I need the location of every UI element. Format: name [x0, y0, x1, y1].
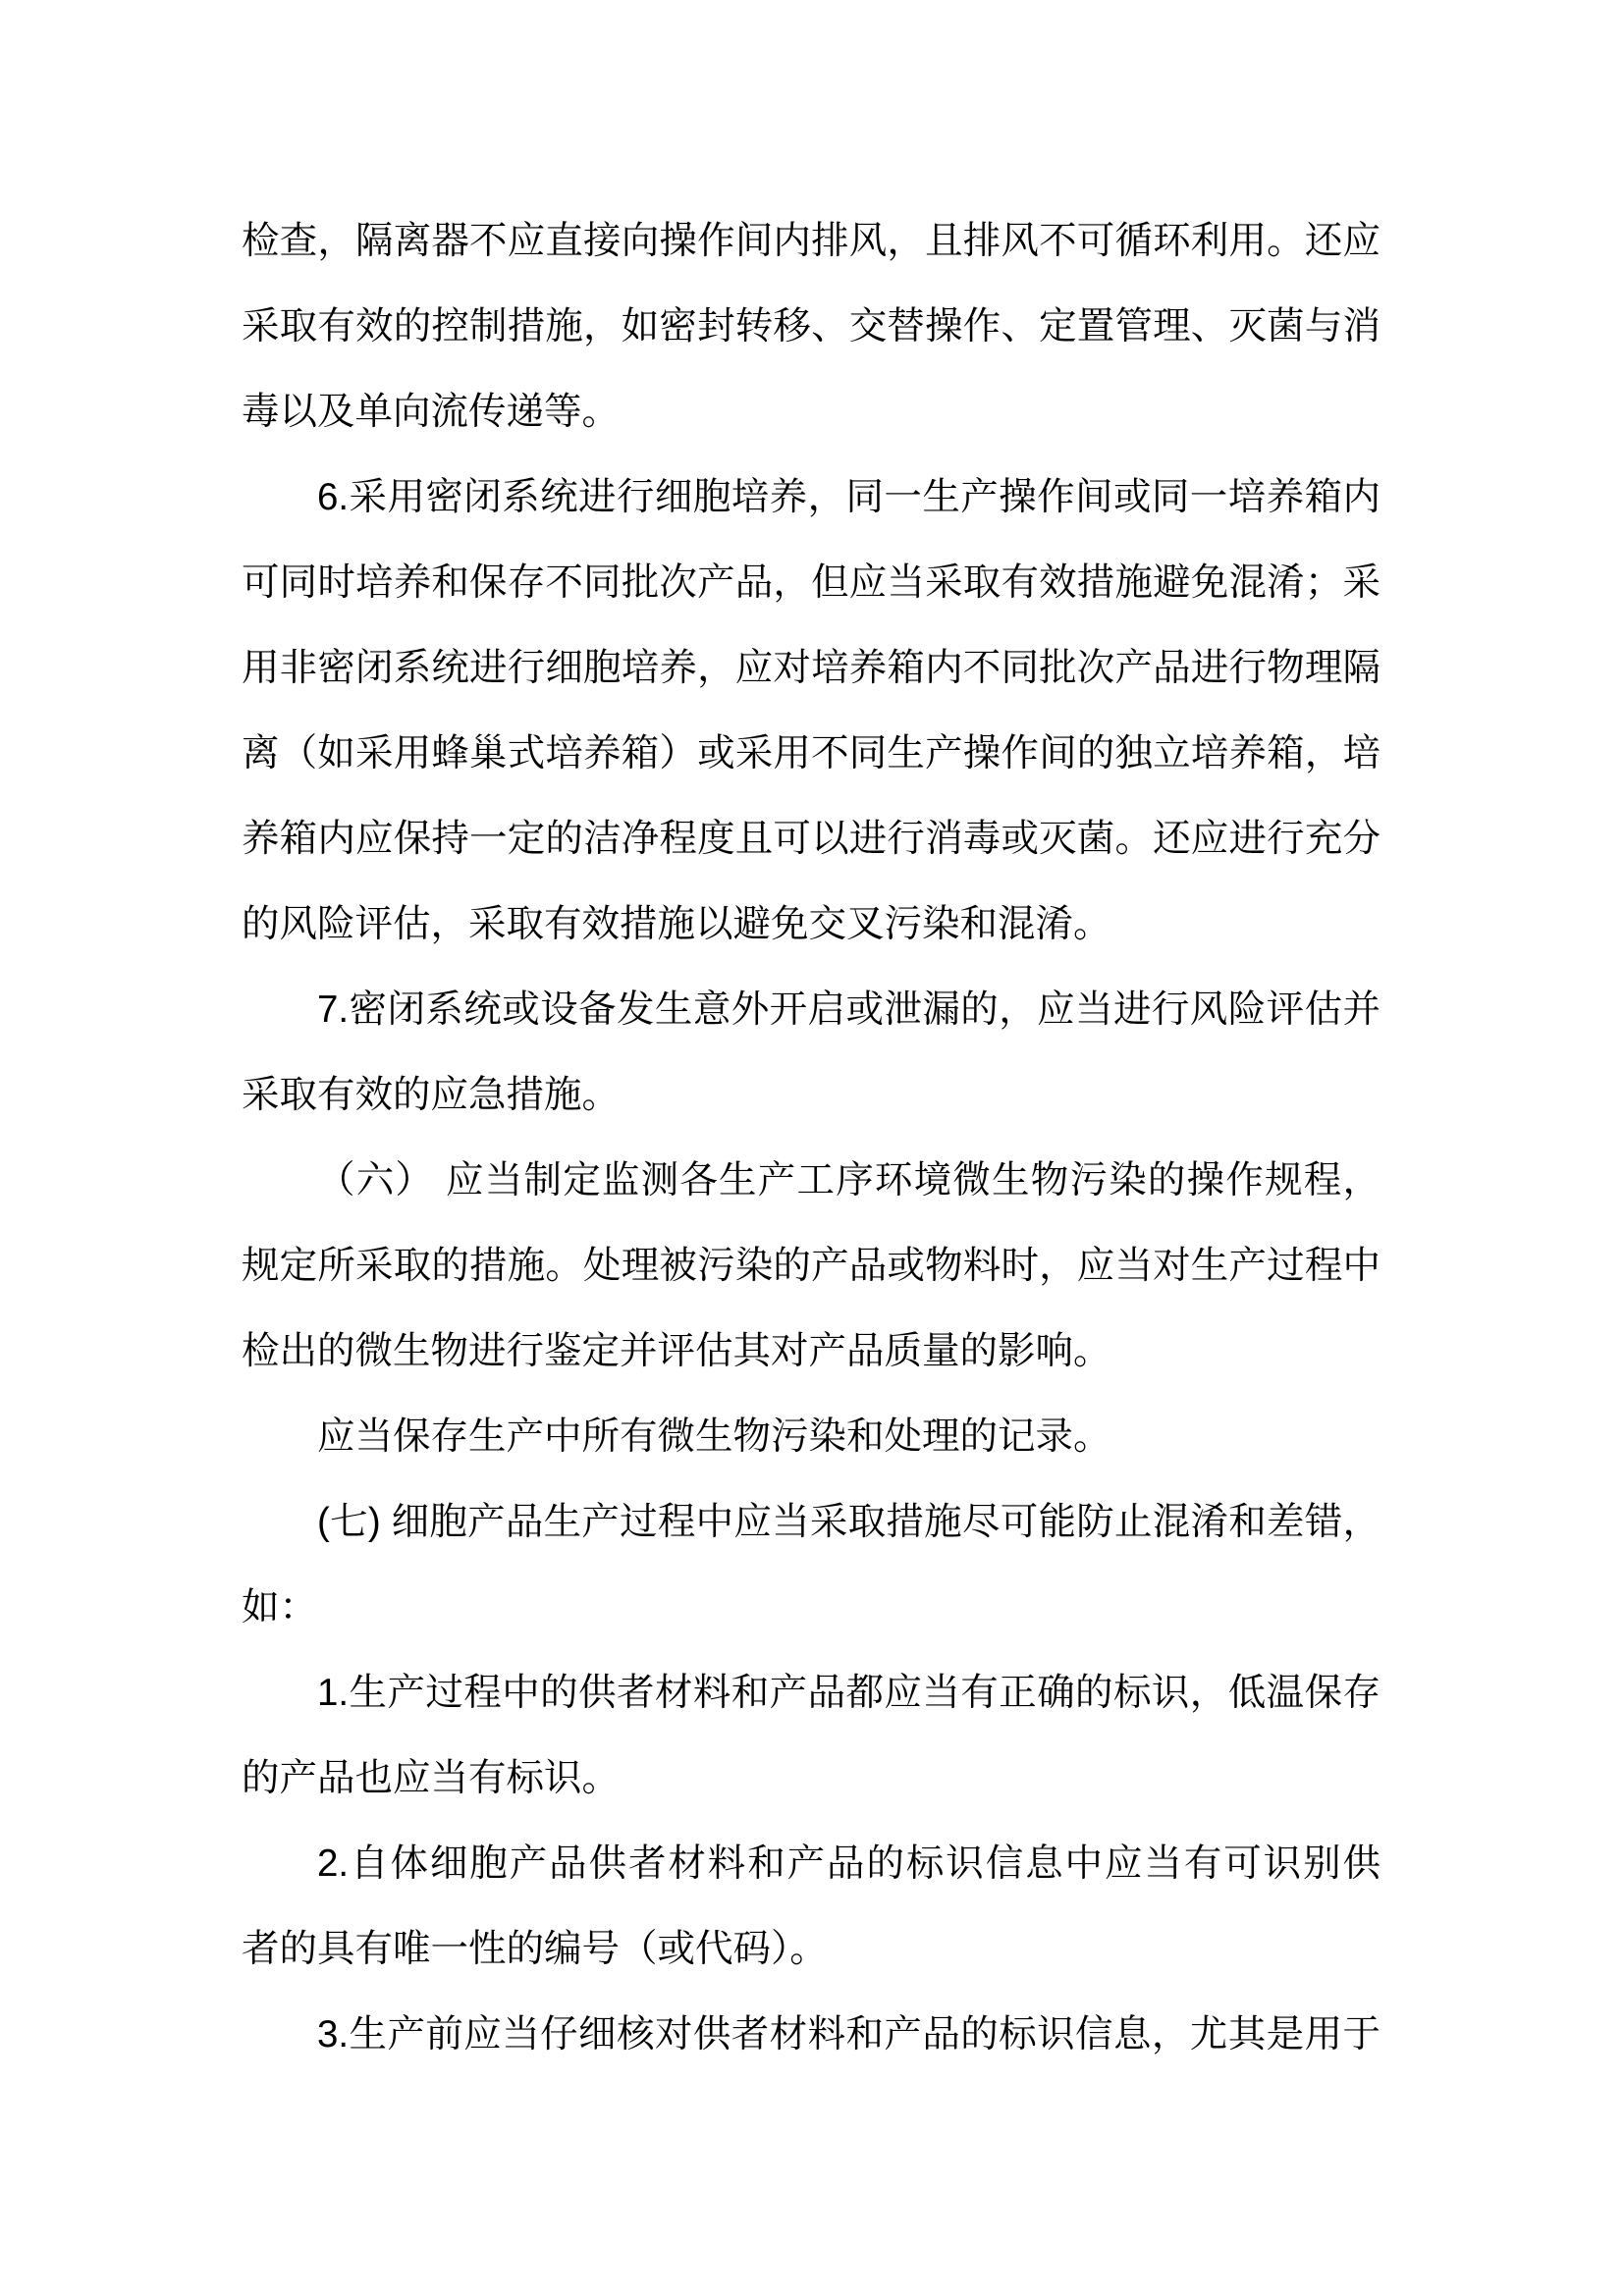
text-line: 6.采用密闭系统进行细胞培养，同一生产操作间或同一培养箱内: [242, 454, 1380, 540]
text-line: （六） 应当制定监测各生产工序环境微生物污染的操作规程，并: [242, 1138, 1380, 1223]
text-line: 2.自体细胞产品供者材料和产品的标识信息中应当有可识别供: [242, 1821, 1380, 1906]
text-line: 检出的微生物进行鉴定并评估其对产品质量的影响。: [242, 1308, 1380, 1394]
text-line: 可同时培养和保存不同批次产品，但应当采取有效措施避免混淆；采: [242, 540, 1380, 625]
text-line: 应当保存生产中所有微生物污染和处理的记录。: [242, 1394, 1380, 1479]
text-line: 用非密闭系统进行细胞培养，应对培养箱内不同批次产品进行物理隔: [242, 625, 1380, 711]
text-line: 1.生产过程中的供者材料和产品都应当有正确的标识，低温保存: [242, 1650, 1380, 1735]
document-page: 检查，隔离器不应直接向操作间内排风，且排风不可循环利用。还应 采取有效的控制措施…: [0, 0, 1624, 2296]
text-line: 3.生产前应当仔细核对供者材料和产品的标识信息，尤其是用于: [242, 1992, 1380, 2077]
text-line: 的风险评估，采取有效措施以避免交叉污染和混淆。: [242, 881, 1380, 967]
text-line: 者的具有唯一性的编号（或代码）。: [242, 1906, 1380, 1992]
text-line: 采取有效的应急措施。: [242, 1052, 1380, 1138]
text-line: 7.密闭系统或设备发生意外开启或泄漏的，应当进行风险评估并: [242, 967, 1380, 1052]
text-line: 离（如采用蜂巢式培养箱）或采用不同生产操作间的独立培养箱，培: [242, 711, 1380, 796]
text-line: 检查，隔离器不应直接向操作间内排风，且排风不可循环利用。还应: [242, 198, 1380, 284]
text-line: (七) 细胞产品生产过程中应当采取措施尽可能防止混淆和差错，: [242, 1479, 1380, 1565]
text-line: 如：: [242, 1565, 1380, 1650]
text-line: 毒以及单向流传递等。: [242, 369, 1380, 454]
document-text-block: 检查，隔离器不应直接向操作间内排风，且排风不可循环利用。还应 采取有效的控制措施…: [242, 198, 1380, 2077]
text-line: 养箱内应保持一定的洁净程度且可以进行消毒或灭菌。还应进行充分: [242, 796, 1380, 881]
text-line: 规定所采取的措施。处理被污染的产品或物料时，应当对生产过程中: [242, 1223, 1380, 1308]
text-line: 采取有效的控制措施，如密封转移、交替操作、定置管理、灭菌与消: [242, 284, 1380, 369]
text-line: 的产品也应当有标识。: [242, 1735, 1380, 1821]
